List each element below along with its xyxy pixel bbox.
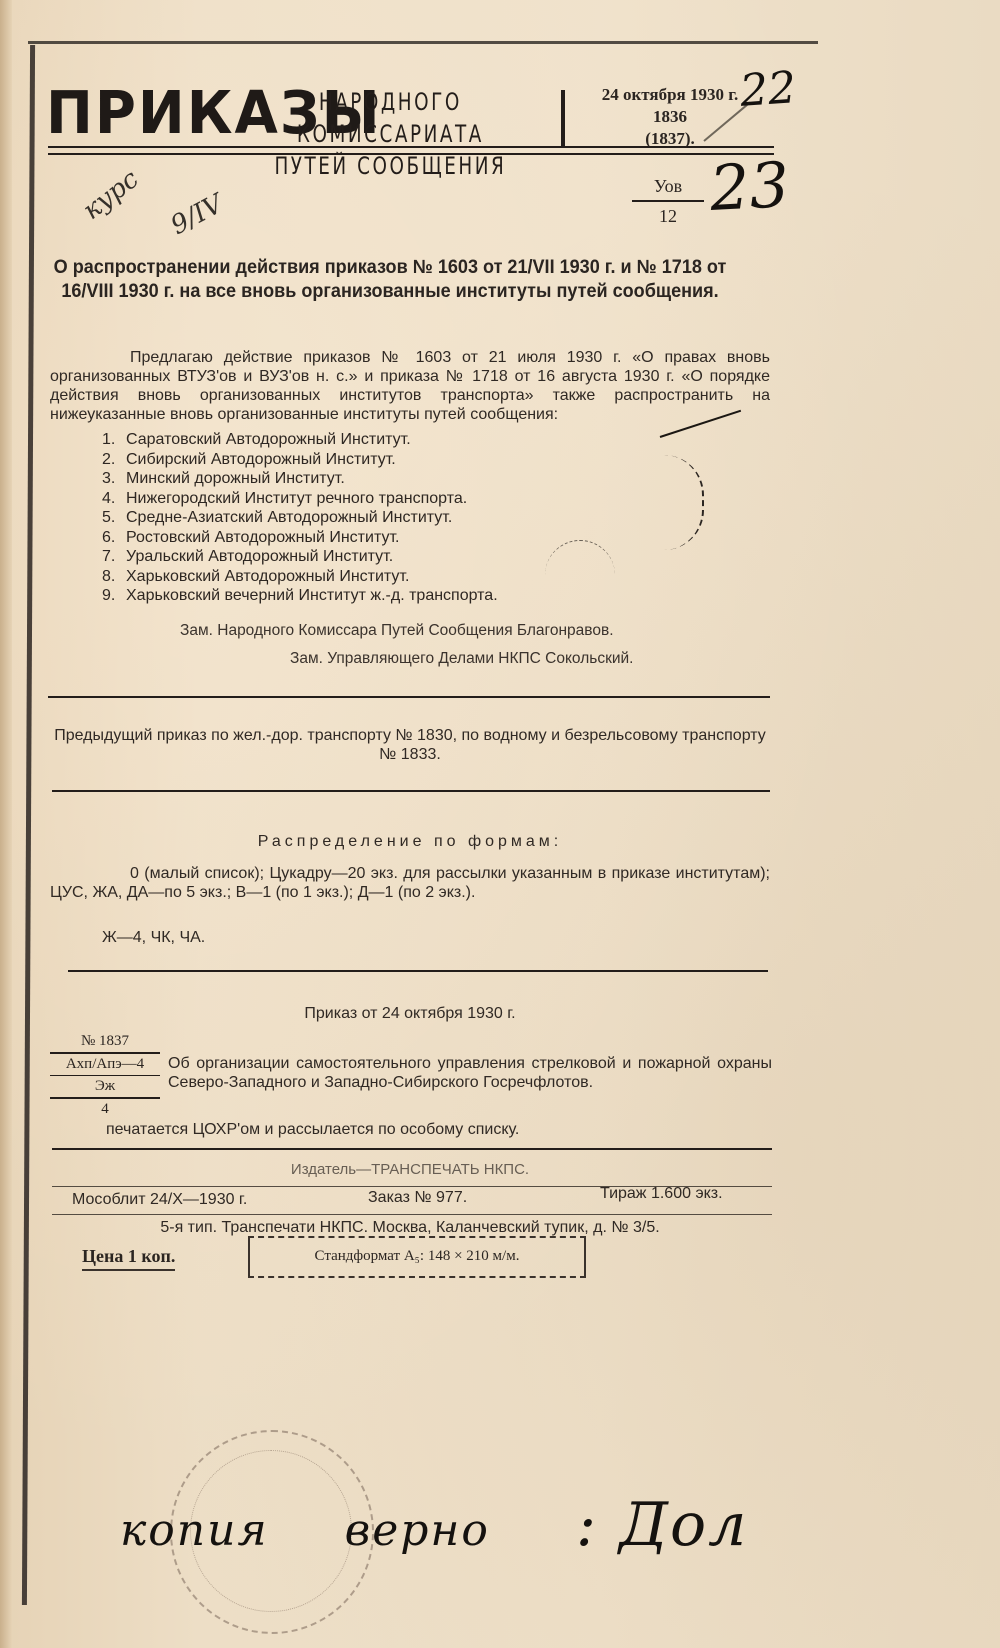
section-rule xyxy=(52,790,770,792)
order-1837-header: Приказ от 24 октября 1930 г. xyxy=(50,1004,770,1023)
distribution-line-1: 0 (малый список); Цукадру—20 экз. для ра… xyxy=(50,864,770,902)
distribution-title: Распределение по формам: xyxy=(50,832,770,851)
order-number: Заказ № 977. xyxy=(368,1188,467,1207)
cert-word-true: верно xyxy=(345,1505,490,1556)
imprint-rule xyxy=(52,1214,772,1215)
certification: копия верно : Дол xyxy=(120,1490,748,1560)
section-rule xyxy=(48,696,770,698)
printer-address: 5-я тип. Транспечати НКПС. Москва, Калан… xyxy=(50,1218,770,1237)
cert-signature: : Дол xyxy=(576,1490,748,1560)
masthead-rule-2 xyxy=(48,153,774,155)
pen-stroke xyxy=(662,455,704,550)
order-1837-note: печатается ЦОХР'ом и рассылается по особ… xyxy=(106,1120,766,1139)
format-box: Стандформат А₅: 148 × 210 м/м. xyxy=(248,1236,586,1278)
masthead-subtitle-line1: НАРОДНОГО КОМИССАРИАТА xyxy=(265,86,516,150)
list-item: 3.Минский дорожный Институт. xyxy=(102,469,498,489)
index-mark-top: Уов xyxy=(628,172,708,200)
signature-deputy-commissar: Зам. Народного Комиссара Путей Сообщения… xyxy=(180,622,614,640)
order-1837-code-2: Эж xyxy=(50,1077,160,1096)
number-block-bar xyxy=(50,1097,160,1099)
masthead-rule-1 xyxy=(48,146,774,148)
list-item: 9.Харьковский вечерний Институт ж.-д. тр… xyxy=(102,586,498,606)
price: Цена 1 коп. xyxy=(82,1246,175,1271)
cert-word-copy: копия xyxy=(120,1505,269,1556)
previous-order-note: Предыдущий приказ по жел.-дор. транспорт… xyxy=(50,726,770,764)
list-item: 5.Средне-Азиатский Автодорожный Институт… xyxy=(102,508,498,528)
order-body: Предлагаю действие приказов № 1603 от 21… xyxy=(50,348,770,424)
number-block-bar xyxy=(50,1052,160,1054)
top-rule xyxy=(28,41,818,44)
institute-list: 1.Саратовский Автодорожный Институт. 2.С… xyxy=(102,430,498,606)
imprint-rule xyxy=(52,1148,772,1150)
order-1837-code-1: Ахп/Апэ—4 xyxy=(50,1055,160,1074)
order-heading: О распространении действия приказов № 16… xyxy=(48,256,732,304)
list-item: 4.Нижегородский Институт речного транспо… xyxy=(102,489,498,509)
index-mark: Уов 12 xyxy=(628,172,708,230)
masthead-subtitle: НАРОДНОГО КОМИССАРИАТА ПУТЕЙ СООБЩЕНИЯ xyxy=(265,86,516,182)
handwritten-page-number-second: 23 xyxy=(708,148,791,225)
left-border-rule xyxy=(22,45,35,1605)
order-1837-text: Об организации самостоятельного управлен… xyxy=(168,1054,772,1092)
order-1837-number-block: № 1837 Ахп/Апэ—4 Эж 4 xyxy=(50,1032,160,1119)
index-mark-bottom: 12 xyxy=(628,202,708,230)
list-item: 6.Ростовский Автодорожный Институт. xyxy=(102,528,498,548)
censor-mark: Мособлит 24/X—1930 г. xyxy=(72,1190,247,1209)
masthead-divider xyxy=(561,90,565,146)
order-1837-code-3: 4 xyxy=(50,1100,160,1119)
handwritten-margin-note-1: курс xyxy=(77,164,144,226)
pen-stroke xyxy=(545,540,615,581)
list-item: 1.Саратовский Автодорожный Институт. xyxy=(102,430,498,450)
list-item: 8.Харьковский Автодорожный Институт. xyxy=(102,567,498,587)
number-block-bar xyxy=(50,1075,160,1076)
signature-deputy-manager: Зам. Управляющего Делами НКПС Сокольский… xyxy=(290,650,634,668)
publisher: Издатель—ТРАНСПЕЧАТЬ НКПС. xyxy=(50,1160,770,1179)
print-run: Тираж 1.600 экз. xyxy=(600,1184,723,1203)
section-rule xyxy=(68,970,768,972)
distribution-line-2: Ж—4, ЧК, ЧА. xyxy=(102,928,822,947)
list-item: 2.Сибирский Автодорожный Институт. xyxy=(102,450,498,470)
paper-edge xyxy=(0,0,12,1648)
order-1837-number: № 1837 xyxy=(50,1032,160,1051)
handwritten-margin-note-2: 9/IV xyxy=(166,189,228,241)
handwritten-page-number-top: 22 xyxy=(738,62,797,117)
list-item: 7.Уральский Автодорожный Институт. xyxy=(102,547,498,567)
